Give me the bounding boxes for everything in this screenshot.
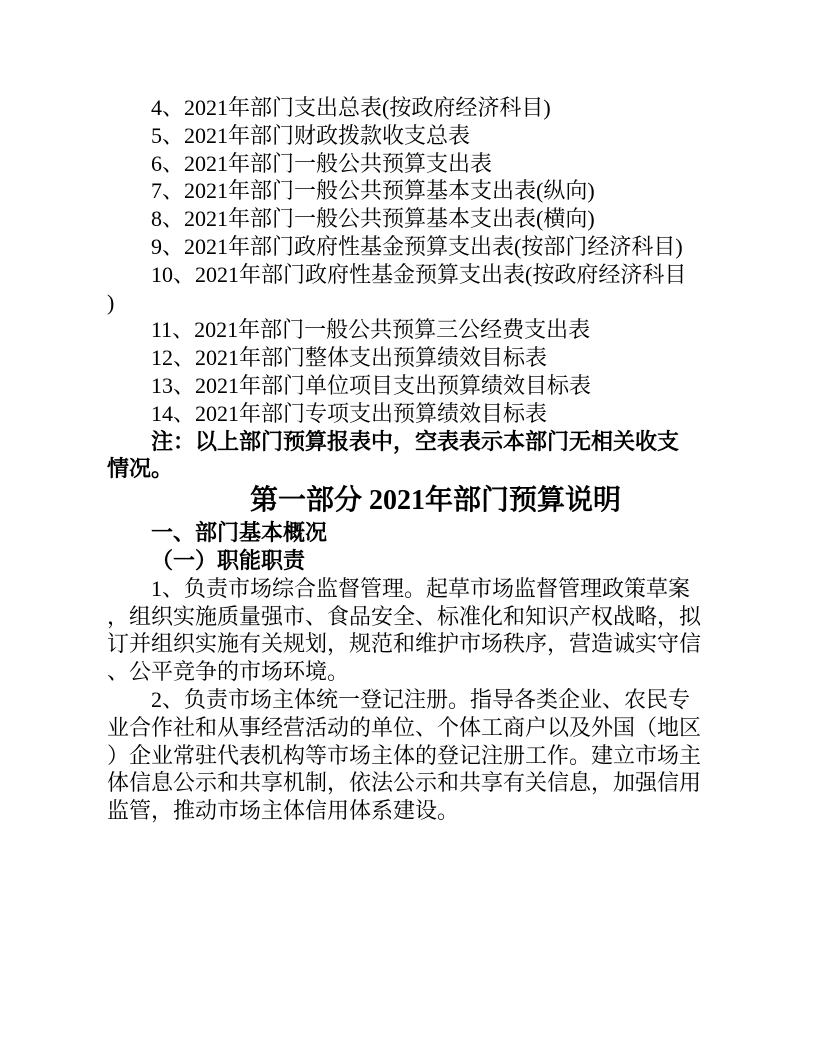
toc-item-12: 12、2021年部门整体支出预算绩效目标表 — [107, 344, 708, 372]
toc-item-4: 4、2021年部门支出总表(按政府经济科目) — [107, 94, 708, 122]
toc-item-14: 14、2021年部门专项支出预算绩效目标表 — [107, 400, 708, 428]
document-page: 4、2021年部门支出总表(按政府经济科目) 5、2021年部门财政拨款收支总表… — [0, 0, 815, 1055]
toc-item-9: 9、2021年部门政府性基金预算支出表(按部门经济科目) — [107, 233, 708, 261]
paragraph-2: 2、负责市场主体统一登记注册。指导各类企业、农民专 业合作社和从事经营活动的单位… — [107, 686, 708, 825]
toc-item-10: 10、2021年部门政府性基金预算支出表(按政府经济科目 ) — [107, 261, 708, 317]
toc-item-11: 11、2021年部门一般公共预算三公经费支出表 — [107, 316, 708, 344]
toc-item-13: 13、2021年部门单位项目支出预算绩效目标表 — [107, 372, 708, 400]
toc-item-5: 5、2021年部门财政拨款收支总表 — [107, 122, 708, 150]
paragraph-1: 1、负责市场综合监督管理。起草市场监督管理政策草案 ，组织实施质量强市、食品安全… — [107, 575, 708, 686]
toc-item-8: 8、2021年部门一般公共预算基本支出表(横向) — [107, 205, 708, 233]
heading-level-2: （一）职能职责 — [107, 547, 708, 575]
note-text: 注：以上部门预算报表中，空表表示本部门无相关收支 情况。 — [107, 428, 708, 484]
section-title: 第一部分 2021年部门预算说明 — [107, 483, 708, 519]
toc-item-7: 7、2021年部门一般公共预算基本支出表(纵向) — [107, 177, 708, 205]
document-content: 4、2021年部门支出总表(按政府经济科目) 5、2021年部门财政拨款收支总表… — [0, 0, 815, 825]
heading-level-1: 一、部门基本概况 — [107, 519, 708, 547]
toc-item-6: 6、2021年部门一般公共预算支出表 — [107, 150, 708, 178]
